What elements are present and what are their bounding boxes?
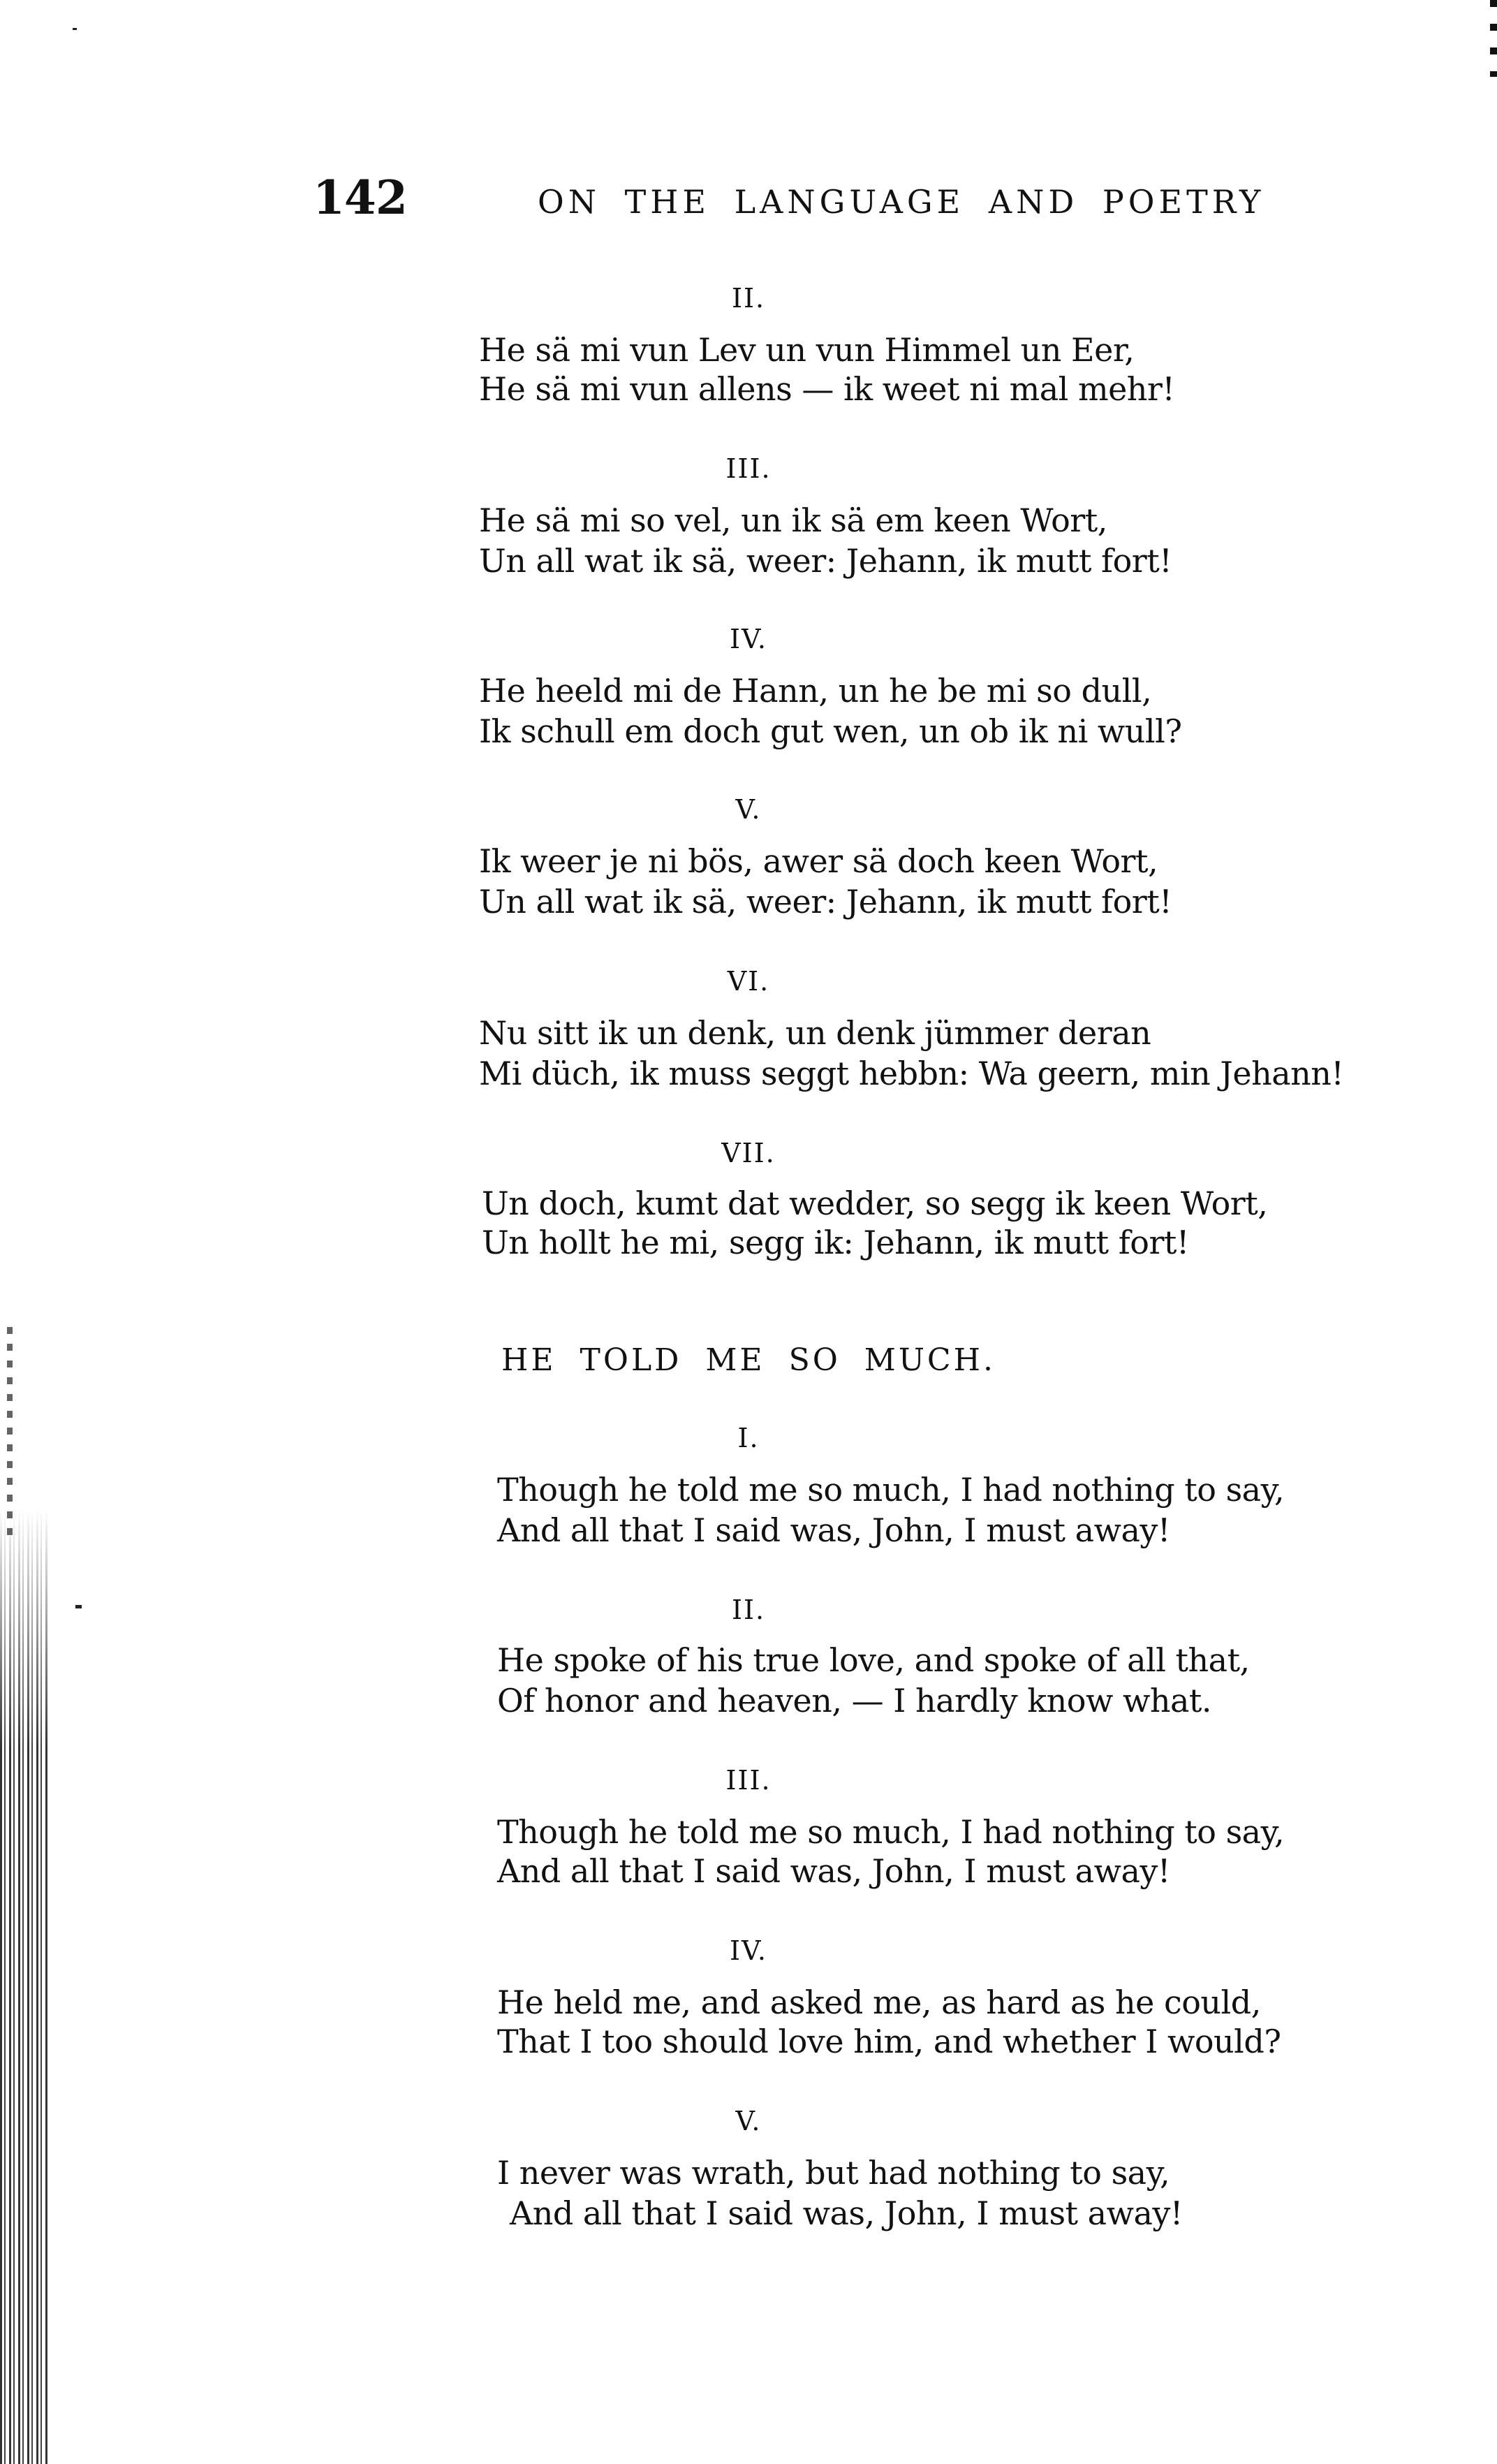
- scan-artifact-binding-edge: [0, 1509, 49, 2464]
- verse-line: Ik schull em doch gut wen, un ob ik ni w…: [479, 715, 1182, 747]
- verse-line: Though he told me so much, I had nothing…: [497, 1816, 1284, 1848]
- verse-line: And all that I said was, John, I must aw…: [497, 1855, 1170, 1887]
- verse-line: That I too should love him, and whether …: [497, 2025, 1281, 2058]
- verse-line: Ik weer je ni bös, awer sä doch keen Wor…: [479, 845, 1158, 877]
- verse-line: Un doch, kumt dat wedder, so segg ik kee…: [482, 1187, 1267, 1219]
- stanza-numeral: III.: [0, 455, 1497, 482]
- page-number: 142: [313, 175, 407, 221]
- verse-line: Though he told me so much, I had nothing…: [497, 1474, 1284, 1506]
- stanza-numeral: VII.: [0, 1140, 1497, 1166]
- stanza-numeral: V.: [0, 796, 1497, 823]
- verse-line: He sä mi vun Lev un vun Himmel un Eer,: [479, 334, 1134, 366]
- verse-line: Un all wat ik sä, weer: Jehann, ik mutt …: [479, 545, 1172, 577]
- stanza-numeral: II.: [0, 285, 1497, 311]
- running-title: ON THE LANGUAGE AND POETRY: [538, 186, 1264, 218]
- stanza-numeral: VI.: [0, 968, 1497, 995]
- scan-speck: [73, 28, 77, 30]
- stanza-numeral: I.: [0, 1425, 1497, 1451]
- verse-line: Nu sitt ik un denk, un denk jümmer deran: [479, 1017, 1151, 1049]
- verse-line: He sä mi vun allens — ik weet ni mal meh…: [479, 373, 1174, 405]
- verse-line: And all that I said was, John, I must aw…: [497, 1514, 1170, 1546]
- verse-line: Of honor and heaven, — I hardly know wha…: [497, 1685, 1211, 1717]
- stanza-numeral: V.: [0, 2108, 1497, 2134]
- poem-title: HE TOLD ME SO MUCH.: [0, 1345, 1497, 1376]
- verse-line: He sä mi so vel, un ik sä em keen Wort,: [479, 504, 1107, 536]
- verse-line: Un all wat ik sä, weer: Jehann, ik mutt …: [479, 886, 1172, 918]
- verse-line: He held me, and asked me, as hard as he …: [497, 1986, 1261, 2018]
- verse-line: He spoke of his true love, and spoke of …: [497, 1644, 1250, 1676]
- stanza-numeral: IV.: [0, 1937, 1497, 1964]
- verse-line: I never was wrath, but had nothing to sa…: [497, 2157, 1170, 2189]
- scan-artifact-corner: [1490, 0, 1497, 77]
- stanza-numeral: II.: [0, 1597, 1497, 1623]
- verse-line: Un hollt he mi, segg ik: Jehann, ik mutt…: [482, 1226, 1189, 1259]
- verse-line: He heeld mi de Hann, un he be mi so dull…: [479, 675, 1151, 707]
- stanza-numeral: III.: [0, 1767, 1497, 1794]
- verse-line: And all that I said was, John, I must aw…: [510, 2197, 1183, 2229]
- stanza-numeral: IV.: [0, 626, 1497, 652]
- verse-line: Mi düch, ik muss seggt hebbn: Wa geern, …: [479, 1057, 1343, 1090]
- book-page: 142 ON THE LANGUAGE AND POETRY II. He sä…: [0, 0, 1497, 2464]
